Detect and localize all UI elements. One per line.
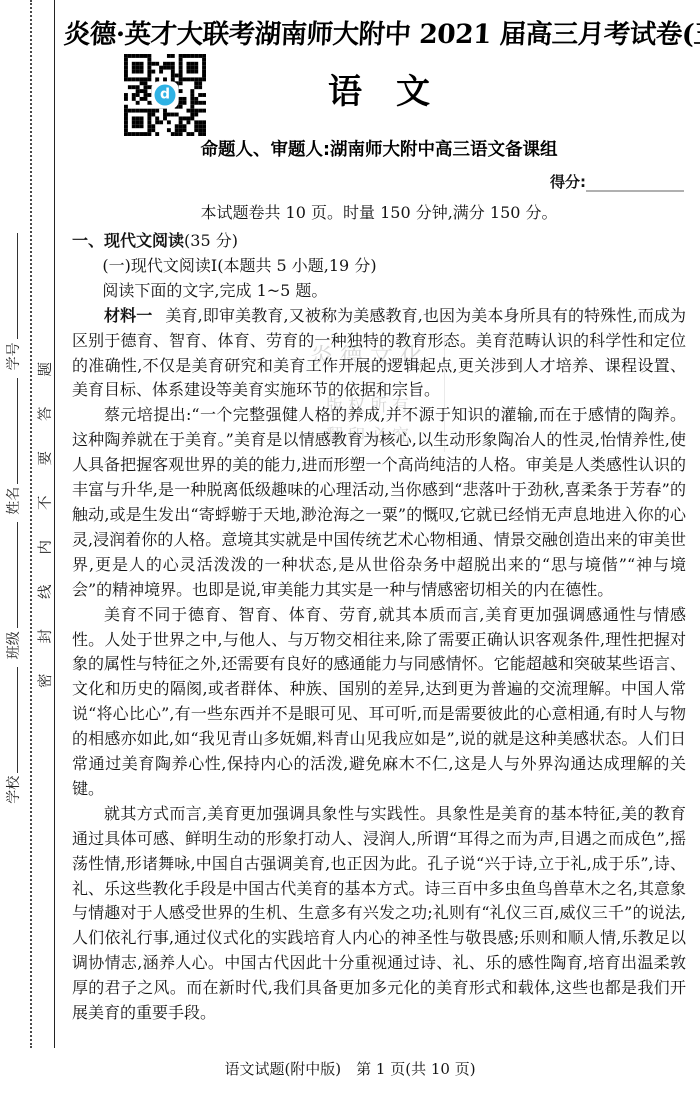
- body-paragraph: 蔡元培提出:“一个完整强健人格的养成,并不源于知识的灌输,而在于感情的陶养。这种…: [72, 403, 686, 602]
- margin-solid-line: [54, 0, 55, 1048]
- paragraph-text: 美育,即审美教育,又被称为美感教育,也因为美本身所具有的特殊性,而成为区别于德育…: [72, 306, 686, 400]
- subsection-heading: (一)现代文阅读Ⅰ(本题共 5 小题,19 分): [72, 254, 686, 279]
- body-paragraph: 材料一美育,即审美教育,又被称为美感教育,也因为美本身所具有的特殊性,而成为区别…: [72, 304, 686, 404]
- exam-page: 学校 班级 姓名 学号 密封线内不要答题 炎德·英才大联考湖南师大附中 2021…: [0, 0, 700, 1095]
- student-id-blank-line[interactable]: [3, 233, 18, 339]
- reading-section: 一、现代文阅读(35 分) (一)现代文阅读Ⅰ(本题共 5 小题,19 分) 阅…: [72, 229, 686, 1026]
- exam-series-title: 炎德·英才大联考湖南师大附中 2021 届高三月考试卷(五): [63, 12, 687, 51]
- seal-dotted-line: [30, 0, 32, 1048]
- body-paragraph: 就其方式而言,美育更加强调具象性与实践性。具象性是美育的基本特征,美的教育通过具…: [72, 802, 686, 1026]
- name-blank-line[interactable]: [3, 378, 18, 484]
- score-blank-line[interactable]: [586, 174, 684, 192]
- field-label-student-id: 学号: [6, 342, 22, 370]
- material-label: 材料一: [104, 306, 152, 325]
- score-label: 得分:: [550, 173, 586, 191]
- setter-line: 命题人、审题人:湖南师大附中高三语文备课组: [72, 136, 686, 161]
- exam-info-line: 本试题卷共 10 页。时量 150 分钟,满分 150 分。: [72, 200, 686, 223]
- field-label-school: 学校: [6, 776, 22, 804]
- section-heading-score: (35 分): [184, 231, 238, 250]
- field-label-class: 班级: [6, 631, 22, 659]
- student-info-fields: 学校 班级 姓名 学号: [3, 92, 25, 942]
- section-heading: 一、现代文阅读(35 分): [72, 229, 686, 254]
- section-heading-text: 一、现代文阅读: [72, 231, 184, 250]
- body-paragraph: 美育不同于德育、智育、体育、劳育,就其本质而言,美育更加强调感通性与情感性。人处…: [72, 603, 686, 802]
- seal-warning-text: 密封线内不要答题: [34, 316, 56, 694]
- class-blank-line[interactable]: [3, 522, 18, 628]
- subject-title: 语 文: [72, 64, 686, 113]
- school-blank-line[interactable]: [3, 667, 18, 773]
- page-footer: 语文试题(附中版) 第 1 页(共 10 页): [0, 1058, 700, 1079]
- score-row: 得分:: [550, 171, 684, 192]
- field-label-name: 姓名: [6, 487, 22, 515]
- reading-instruction: 阅读下面的文字,完成 1~5 题。: [72, 279, 686, 304]
